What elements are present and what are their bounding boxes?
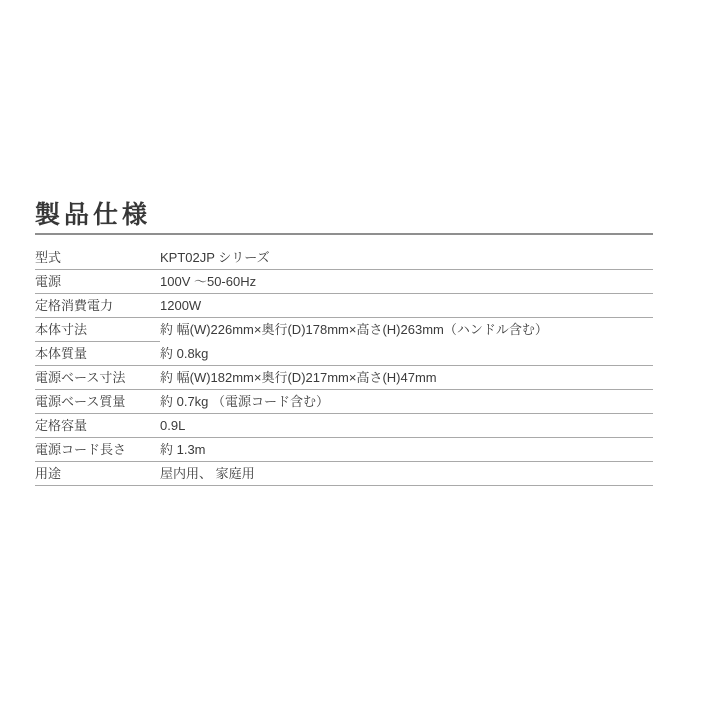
spec-row: 定格消費電力1200W: [35, 293, 653, 317]
spec-value: 屋内用、 家庭用: [160, 461, 653, 485]
spec-value: 約 1.3m: [160, 437, 653, 461]
spec-row: 電源ベース質量約 0.7kg （電源コード含む）: [35, 389, 653, 413]
spec-value: 約 0.7kg （電源コード含む）: [160, 389, 653, 413]
spec-value: KPT02JP シリーズ: [160, 246, 653, 270]
page-title: 製品仕様: [35, 202, 653, 230]
spec-label: 電源ベース質量: [35, 389, 160, 413]
spec-row: 定格容量0.9L: [35, 413, 653, 437]
spec-value: 約 0.8kg: [160, 341, 653, 365]
spec-row: 電源コード長さ約 1.3m: [35, 437, 653, 461]
spec-label: 型式: [35, 246, 160, 270]
spec-row: 電源100V ～50-60Hz: [35, 269, 653, 293]
spec-label: 用途: [35, 461, 160, 485]
spec-row: 本体質量約 0.8kg: [35, 341, 653, 365]
spec-value: 約 幅(W)226mm×奥行(D)178mm×高さ(H)263mm（ハンドル含む…: [160, 317, 653, 341]
spec-label: 電源コード長さ: [35, 437, 160, 461]
spec-page: { "page": { "title": "製品仕様" }, "colors":…: [0, 0, 701, 701]
spec-value: 0.9L: [160, 413, 653, 437]
spec-label: 電源ベース寸法: [35, 365, 160, 389]
spec-label: 定格容量: [35, 413, 160, 437]
title-underline: [35, 233, 653, 235]
spec-label: 電源: [35, 269, 160, 293]
spec-label: 本体質量: [35, 341, 160, 365]
spec-row: 本体寸法約 幅(W)226mm×奥行(D)178mm×高さ(H)263mm（ハン…: [35, 317, 653, 341]
spec-value: 100V ～50-60Hz: [160, 269, 653, 293]
spec-row: 用途屋内用、 家庭用: [35, 461, 653, 485]
spec-label: 本体寸法: [35, 317, 160, 341]
spec-table: 型式KPT02JP シリーズ電源100V ～50-60Hz定格消費電力1200W…: [35, 246, 653, 486]
spec-row: 型式KPT02JP シリーズ: [35, 246, 653, 270]
spec-table-body: 型式KPT02JP シリーズ電源100V ～50-60Hz定格消費電力1200W…: [35, 246, 653, 486]
spec-value: 約 幅(W)182mm×奥行(D)217mm×高さ(H)47mm: [160, 365, 653, 389]
spec-content: 製品仕様 型式KPT02JP シリーズ電源100V ～50-60Hz定格消費電力…: [35, 202, 653, 486]
spec-value: 1200W: [160, 293, 653, 317]
spec-label: 定格消費電力: [35, 293, 160, 317]
spec-row: 電源ベース寸法約 幅(W)182mm×奥行(D)217mm×高さ(H)47mm: [35, 365, 653, 389]
